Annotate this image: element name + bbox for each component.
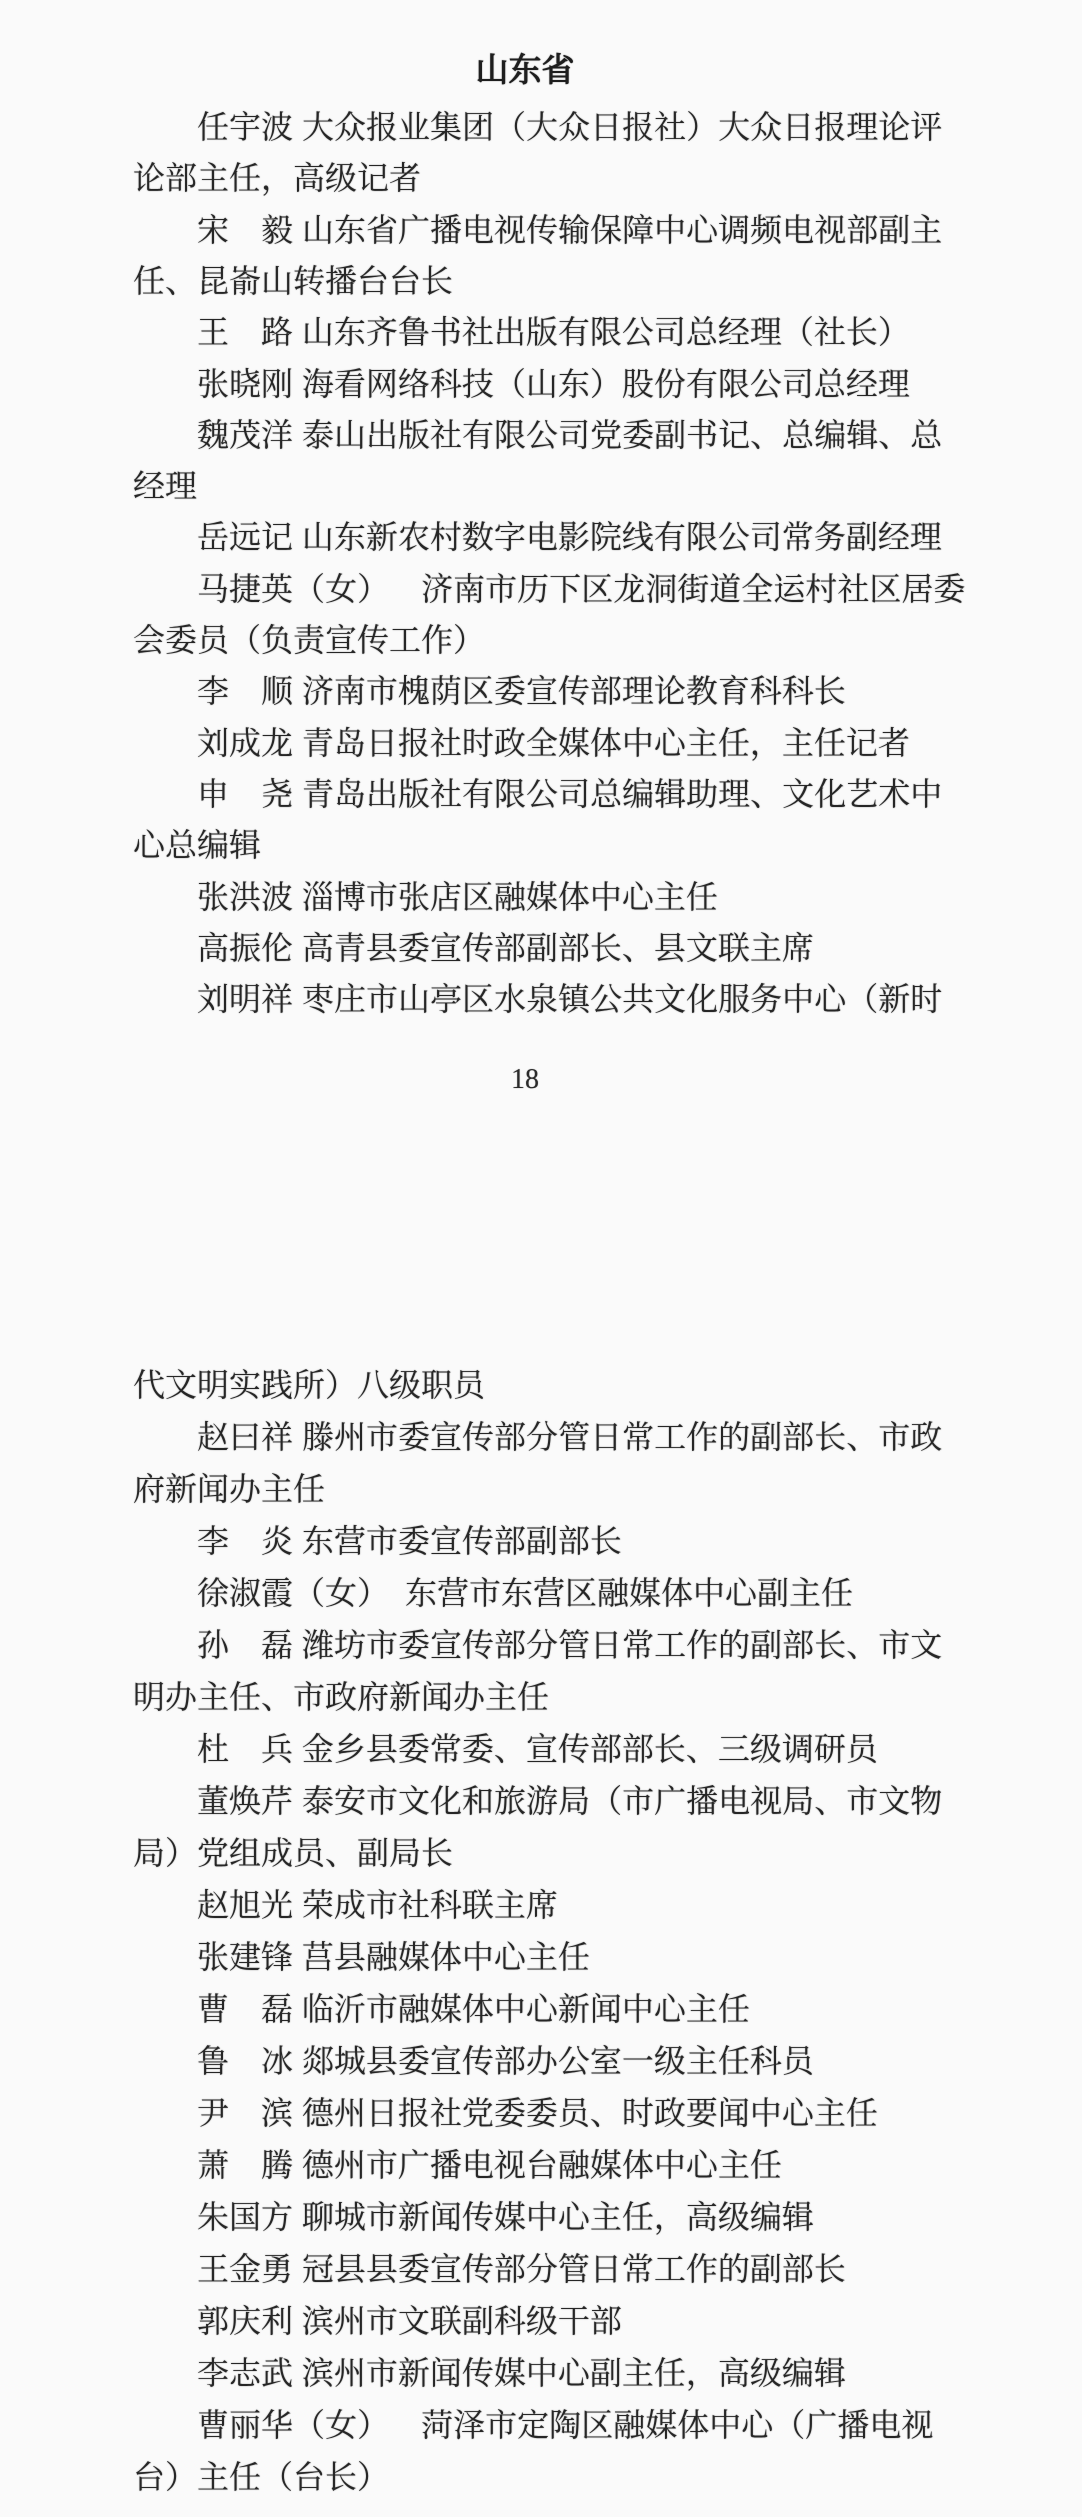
- roster-line: 杜 兵 金乡县委常委、宣传部部长、三级调研员: [133, 1724, 917, 1775]
- roster-line: 张晓刚 海看网络科技（山东）股份有限公司总经理: [133, 359, 917, 410]
- roster-line: 代文明实践所）八级职员: [133, 1360, 917, 1411]
- roster-line: 李志武 滨州市新闻传媒中心副主任，高级编辑: [133, 2348, 917, 2399]
- roster-line: 刘成龙 青岛日报社时政全媒体中心主任，主任记者: [133, 718, 917, 769]
- roster-line: 任、昆嵛山转播台台长: [133, 256, 917, 307]
- roster-line: 岳远记 山东新农村数字电影院线有限公司常务副经理: [133, 512, 917, 563]
- roster-line: 董焕芹 泰安市文化和旅游局（市广播电视局、市文物: [133, 1776, 917, 1827]
- roster-line: 赵旭光 荣成市社科联主席: [133, 1880, 917, 1931]
- roster-line: 孙 磊 潍坊市委宣传部分管日常工作的副部长、市文: [133, 1620, 917, 1671]
- roster-line: 马捷英（女） 济南市历下区龙洞街道全运村社区居委: [133, 564, 917, 615]
- roster-line: 李 炎 东营市委宣传部副部长: [133, 1516, 917, 1567]
- province-heading: 山东省: [133, 48, 917, 92]
- roster-line: 宋 毅 山东省广播电视传输保障中心调频电视部副主: [133, 205, 917, 256]
- roster-line: 申 尧 青岛出版社有限公司总编辑助理、文化艺术中: [133, 769, 917, 820]
- roster-line: 局）党组成员、副局长: [133, 1828, 917, 1879]
- roster-line: 台）主任（台长）: [133, 2452, 917, 2503]
- roster-line: 王金勇 冠县县委宣传部分管日常工作的副部长: [133, 2244, 917, 2295]
- roster-line: 尹 滨 德州日报社党委委员、时政要闻中心主任: [133, 2088, 917, 2139]
- roster-line: 曹丽华（女） 菏泽市定陶区融媒体中心（广播电视: [133, 2400, 917, 2451]
- roster-line: 会委员（负责宣传工作）: [133, 615, 917, 666]
- roster-line: 经理: [133, 461, 917, 512]
- roster-line: 刘明祥 枣庄市山亭区水泉镇公共文化服务中心（新时: [133, 974, 917, 1025]
- roster-line: 论部主任，高级记者: [133, 153, 917, 204]
- roster-line: 任宇波 大众报业集团（大众日报社）大众日报理论评: [133, 102, 917, 153]
- roster-line: 魏茂洋 泰山出版社有限公司党委副书记、总编辑、总: [133, 410, 917, 461]
- roster-line: 心总编辑: [133, 820, 917, 871]
- roster-line: 王 路 山东齐鲁书社出版有限公司总经理（社长）: [133, 307, 917, 358]
- document-photo: 山东省 任宇波 大众报业集团（大众日报社）大众日报理论评论部主任，高级记者宋 毅…: [0, 0, 1082, 2517]
- roster-line: 鲁 冰 郯城县委宣传部办公室一级主任科员: [133, 2036, 917, 2087]
- roster-line: 曹 磊 临沂市融媒体中心新闻中心主任: [133, 1984, 917, 2035]
- roster-line: 张洪波 淄博市张店区融媒体中心主任: [133, 872, 917, 923]
- roster-line: 朱国方 聊城市新闻传媒中心主任，高级编辑: [133, 2192, 917, 2243]
- roster-line: 府新闻办主任: [133, 1464, 917, 1515]
- roster-line: 赵曰祥 滕州市委宣传部分管日常工作的副部长、市政: [133, 1412, 917, 1463]
- roster-line: 郭庆利 滨州市文联副科级干部: [133, 2296, 917, 2347]
- roster-line: 徐淑霞（女） 东营市东营区融媒体中心副主任: [133, 1568, 917, 1619]
- page-number: 18: [133, 1058, 917, 1102]
- roster-line: 明办主任、市政府新闻办主任: [133, 1672, 917, 1723]
- roster-line: 张建锋 莒县融媒体中心主任: [133, 1932, 917, 1983]
- roster-line: 高振伦 高青县委宣传部副部长、县文联主席: [133, 923, 917, 974]
- roster-line: 萧 腾 德州市广播电视台融媒体中心主任: [133, 2140, 917, 2191]
- roster-line: 李 顺 济南市槐荫区委宣传部理论教育科科长: [133, 666, 917, 717]
